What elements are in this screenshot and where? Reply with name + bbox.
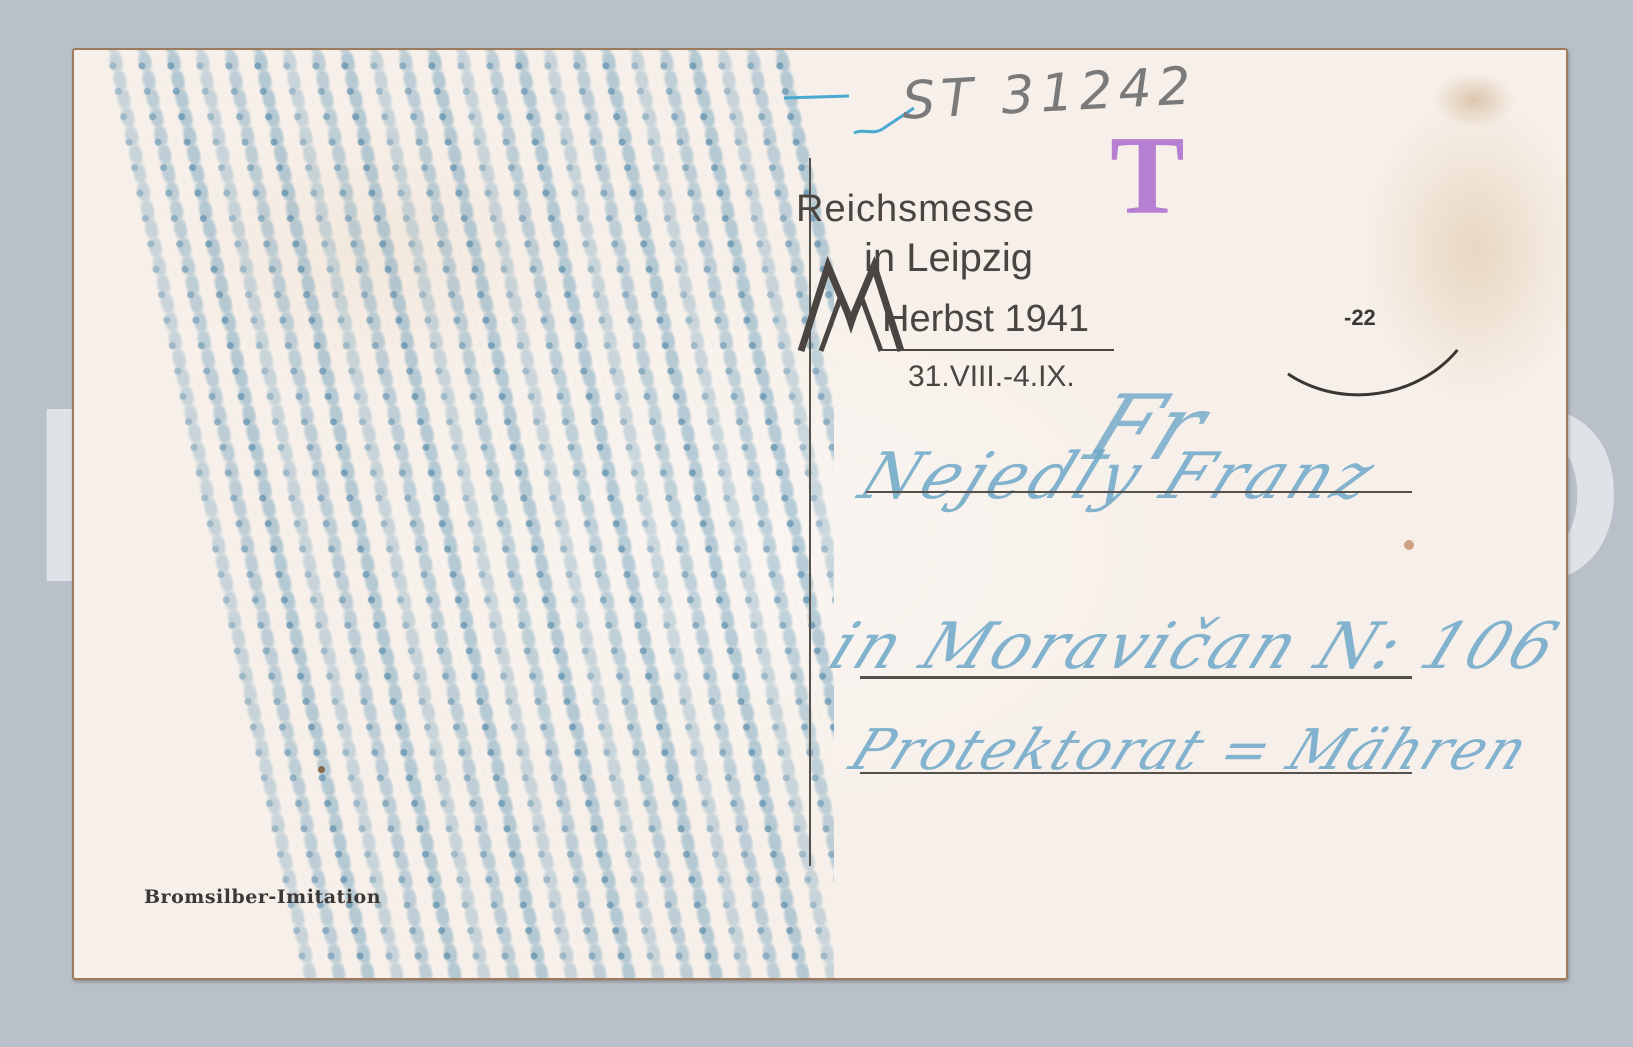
address-line-1: Nejedly Franz [849, 440, 1389, 514]
foxing-stain [318, 766, 325, 773]
cancel-line4: 31.VIII.-4.IX. [908, 360, 1075, 394]
tax-mark: T [1110, 120, 1185, 232]
cancel-line3: Herbst 1941 [882, 298, 1089, 341]
postmark-circle [1231, 174, 1495, 411]
blue-pen-tick-icon [779, 88, 919, 148]
postmark-date: -22 [1344, 305, 1376, 331]
cancel-underline [882, 349, 1114, 351]
postcard: ST 31242 T Reichsmesse in Leipzig Herbst… [72, 48, 1568, 980]
address-rule-2 [860, 676, 1412, 679]
address-line-2: in Moravičan N: 106 [819, 610, 1571, 684]
address-rule-3 [860, 772, 1412, 774]
address-rule-1 [866, 491, 1412, 493]
printed-label: Bromsilber-Imitation [144, 886, 381, 908]
foxing-stain [1404, 540, 1414, 550]
cancel-line2: in Leipzig [864, 236, 1033, 281]
handwritten-message [74, 50, 834, 978]
cancel-line1: Reichsmesse [796, 188, 1035, 231]
